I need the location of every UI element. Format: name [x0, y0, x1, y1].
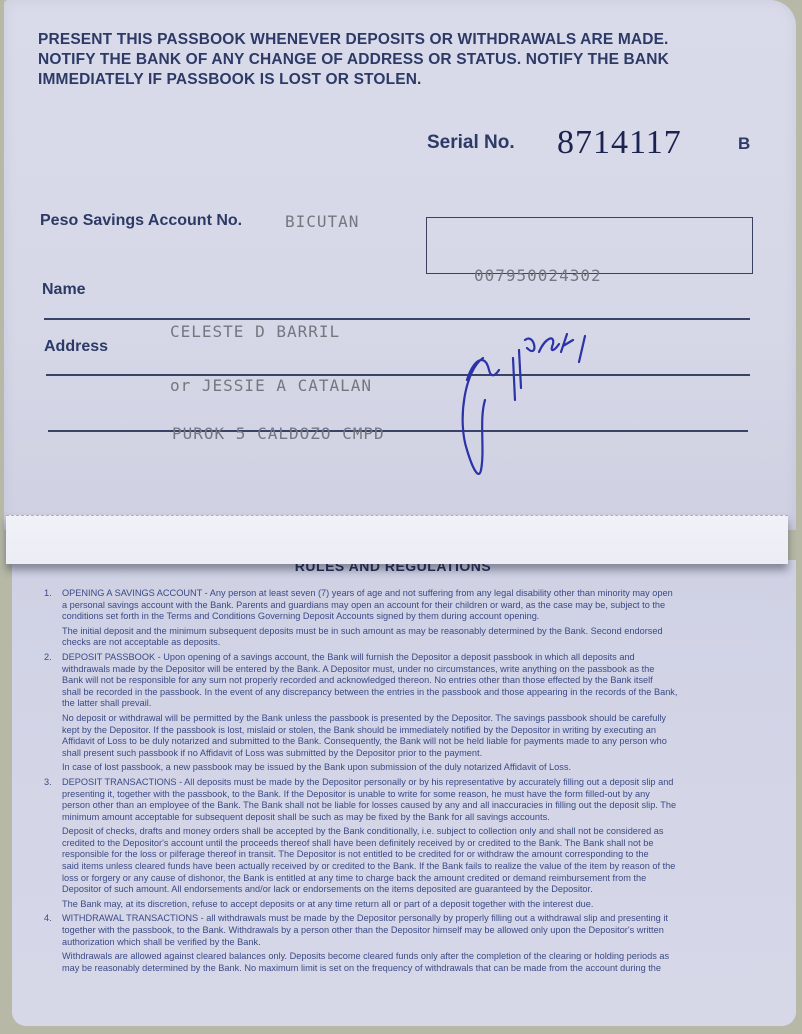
branch-name: BICUTAN — [285, 212, 359, 231]
serial-number: 8714117 — [557, 124, 682, 162]
rule-text-line: Withdrawals are allowed against cleared … — [62, 951, 756, 963]
rule-text-line: the latter shall prevail. — [62, 698, 756, 710]
address-line-1 — [46, 374, 750, 376]
rule-section-number: 2. — [44, 652, 52, 664]
rule-text-line: may be reasonably determined by the Bank… — [62, 963, 756, 975]
rules-body: 1.OPENING A SAVINGS ACCOUNT - Any person… — [44, 588, 756, 977]
rule-section: 4.WITHDRAWAL TRANSACTIONS - all withdraw… — [44, 913, 756, 948]
passbook-notice: PRESENT THIS PASSBOOK WHENEVER DEPOSITS … — [38, 30, 768, 90]
rule-section: 2.DEPOSIT PASSBOOK - Upon opening of a s… — [44, 652, 756, 710]
rule-text-line: responsible for the loss or pilferage th… — [62, 849, 756, 861]
account-number-label: Peso Savings Account No. — [40, 212, 242, 230]
rule-text-line: together with the passbook, to the Bank.… — [62, 925, 756, 937]
rule-text-line: DEPOSIT TRANSACTIONS - All deposits must… — [62, 777, 756, 789]
rule-section: 3.DEPOSIT TRANSACTIONS - All deposits mu… — [44, 777, 756, 823]
rule-text-line: person other than an employee of the Ban… — [62, 800, 756, 812]
rule-text-line: Affidavit of Loss to be duly notarized a… — [62, 736, 756, 748]
rule-subparagraph: The initial deposit and the minimum subs… — [44, 626, 756, 649]
address-line-2 — [48, 430, 748, 432]
name-line — [44, 318, 750, 320]
holder-name-1: CELESTE D BARRIL — [170, 322, 340, 341]
page-fold-strip — [6, 515, 788, 564]
rule-text-line: kept by the Depositor. If the passbook i… — [62, 725, 756, 737]
name-label: Name — [42, 281, 86, 299]
holder-address: PUROK 5 CALDOZO CMPD — [172, 424, 385, 443]
rule-text-line: Deposit of checks, drafts and money orde… — [62, 826, 756, 838]
rule-text-line: WITHDRAWAL TRANSACTIONS - all withdrawal… — [62, 913, 756, 925]
rule-subparagraph: Withdrawals are allowed against cleared … — [44, 951, 756, 974]
signature-icon — [455, 330, 595, 490]
rule-text-line: presenting it, together with the passboo… — [62, 789, 756, 801]
rule-text-line: said items unless cleared funds have bee… — [62, 861, 756, 873]
rule-text-line: minimum amount acceptable for subsequent… — [62, 812, 756, 824]
rule-text-line: In case of lost passbook, a new passbook… — [62, 762, 756, 774]
notice-line: IMMEDIATELY IF PASSBOOK IS LOST OR STOLE… — [38, 70, 768, 90]
rule-section-number: 4. — [44, 913, 52, 925]
account-number: 007950024302 — [474, 266, 602, 285]
notice-line: PRESENT THIS PASSBOOK WHENEVER DEPOSITS … — [38, 30, 768, 50]
rule-text-line: shall present such passbook if no Affida… — [62, 748, 756, 760]
holder-name-2: or JESSIE A CATALAN — [170, 376, 372, 395]
rule-text-line: The Bank may, at its discretion, refuse … — [62, 899, 756, 911]
rule-text-line: Bank will not be responsible for any sum… — [62, 675, 756, 687]
rule-text-line: Depositor of such amount. All endorsemen… — [62, 884, 756, 896]
rule-text-line: authorization which shall be verified by… — [62, 937, 756, 949]
rule-subparagraph: The Bank may, at its discretion, refuse … — [44, 899, 756, 911]
rule-text-line: withdrawals made by the Depositor will b… — [62, 664, 756, 676]
rule-text-line: checks are not acceptable as deposits. — [62, 637, 756, 649]
rule-text-line: credited to the Depositor's account unti… — [62, 838, 756, 850]
rule-section: 1.OPENING A SAVINGS ACCOUNT - Any person… — [44, 588, 756, 623]
rule-subparagraph: In case of lost passbook, a new passbook… — [44, 762, 756, 774]
address-label: Address — [44, 338, 108, 356]
rule-text-line: conditions set forth in the Terms and Co… — [62, 611, 756, 623]
rule-text-line: No deposit or withdrawal will be permitt… — [62, 713, 756, 725]
rule-text-line: a personal savings account with the Bank… — [62, 600, 756, 612]
rule-subparagraph: No deposit or withdrawal will be permitt… — [44, 713, 756, 759]
rule-text-line: OPENING A SAVINGS ACCOUNT - Any person a… — [62, 588, 756, 600]
rule-section-number: 3. — [44, 777, 52, 789]
rule-text-line: DEPOSIT PASSBOOK - Upon opening of a sav… — [62, 652, 756, 664]
rule-section-number: 1. — [44, 588, 52, 600]
serial-suffix: B — [738, 134, 750, 154]
rule-subparagraph: Deposit of checks, drafts and money orde… — [44, 826, 756, 896]
rule-text-line: shall be recorded in the passbook. In th… — [62, 687, 756, 699]
rule-text-line: loss or forgery or any cause of dishonor… — [62, 873, 756, 885]
serial-label: Serial No. — [427, 132, 515, 154]
notice-line: NOTIFY THE BANK OF ANY CHANGE OF ADDRESS… — [38, 50, 768, 70]
rule-text-line: The initial deposit and the minimum subs… — [62, 626, 756, 638]
